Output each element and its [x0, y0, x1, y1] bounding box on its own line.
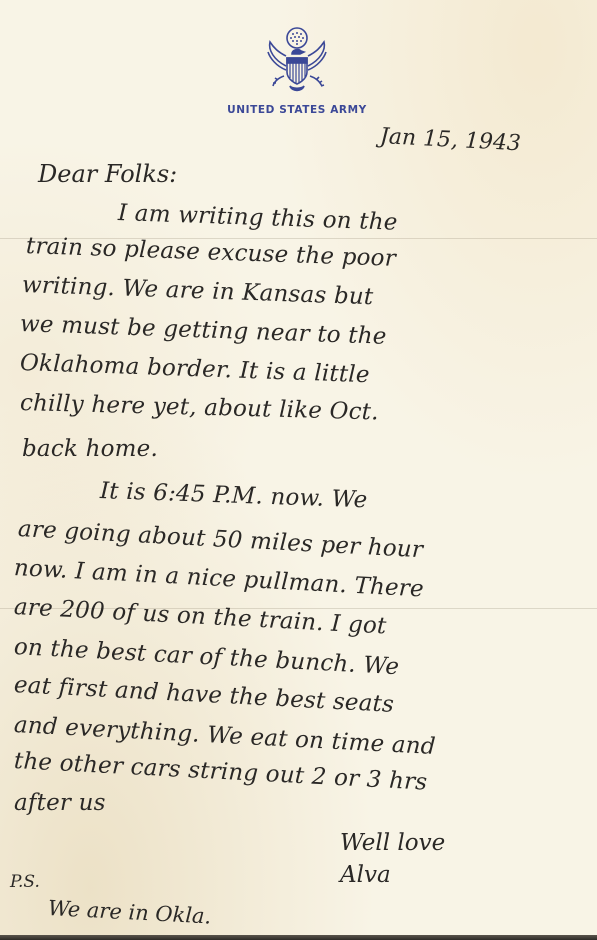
- us-army-eagle-seal-icon: [264, 26, 330, 98]
- letterhead: UNITED STATES ARMY: [222, 26, 372, 116]
- scan-bottom-edge: [0, 935, 597, 940]
- body-line: writing. We are in Kansas but: [22, 272, 374, 310]
- body-line: I am writing this on the: [118, 200, 398, 236]
- body-line: are 200 of us on the train. I got: [13, 594, 387, 639]
- letter-closing: Well love: [340, 830, 445, 856]
- body-line: chilly here yet, about like Oct.: [20, 390, 379, 425]
- letterhead-organization: UNITED STATES ARMY: [222, 104, 372, 116]
- body-line: now. I am in a nice pullman. There: [13, 555, 424, 602]
- body-line: we must be getting near to the: [20, 311, 387, 350]
- postscript-label: P.S.: [10, 872, 40, 892]
- letter-paper: UNITED STATES ARMY Jan 15, 1943 Dear Fol…: [0, 0, 597, 935]
- letter-signature: Alva: [340, 862, 391, 888]
- letter-salutation: Dear Folks:: [38, 160, 177, 188]
- postscript-text: We are in Okla.: [47, 896, 211, 929]
- body-line: back home.: [22, 436, 158, 462]
- body-line: on the best car of the bunch. We: [13, 634, 399, 680]
- body-line: It is 6:45 P.M. now. We: [100, 478, 368, 513]
- letter-date: Jan 15, 1943: [379, 124, 521, 156]
- body-line: Oklahoma border. It is a little: [20, 350, 371, 388]
- body-line: are going about 50 miles per hour: [17, 516, 423, 563]
- body-line: eat first and have the best seats: [13, 672, 394, 718]
- body-line: after us: [14, 790, 106, 816]
